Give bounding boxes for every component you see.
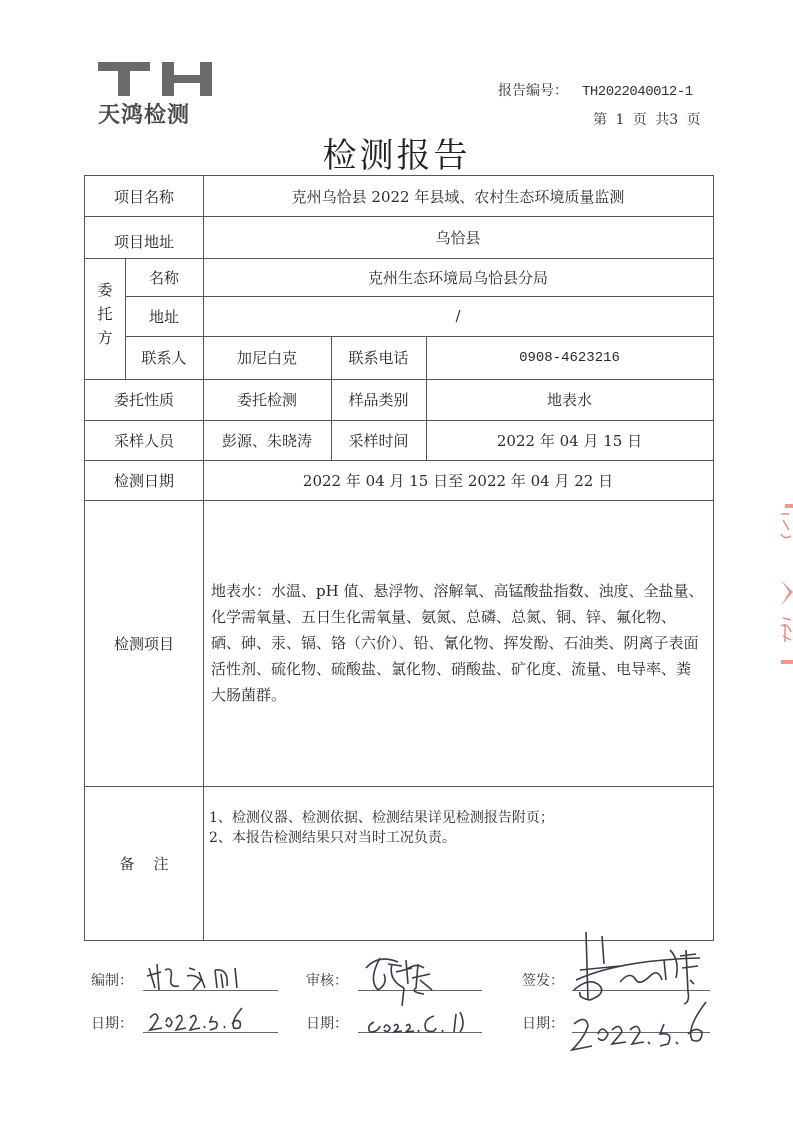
compiler-date-label: 日期： [91, 1013, 133, 1033]
contact-value: 加尼白克 [203, 336, 331, 379]
test-items-label: 检测项目 [85, 500, 203, 786]
report-number-label: 报告编号： [498, 83, 568, 99]
test-date-label: 检测日期 [85, 460, 203, 500]
remark-item: 1、检测仪器、检测依据、检测结果详见检测报告附页； [209, 808, 554, 828]
reviewer-date-label: 日期： [306, 1013, 348, 1033]
compiler-date-icon [146, 1004, 256, 1034]
issuer-signature-icon [540, 920, 720, 1010]
page-info: 第 1 页 共3 页 [593, 109, 701, 129]
client-label-char: 方 [97, 326, 112, 350]
commission-type-value: 委托检测 [203, 379, 331, 420]
compiler-label: 编制： [91, 970, 133, 990]
report-info-table: 项目名称 克州乌恰县 2022 年县域、农村生态环境质量监测 项目地址 乌恰县 … [84, 175, 714, 941]
sample-type-label: 样品类别 [331, 379, 426, 420]
test-items-value: 地表水：水温、pH 值、悬浮物、溶解氧、高锰酸盐指数、浊度、全盐量、化学需氧量、… [203, 500, 713, 786]
th-logo-mark-icon [96, 60, 216, 98]
reviewer-label: 审核： [306, 970, 348, 990]
test-date-value: 2022 年 04 月 15 日至 2022 年 04 月 22 日 [203, 460, 713, 500]
reviewer-signature-icon [358, 944, 468, 1014]
phone-value: 0908-4623216 [426, 336, 713, 379]
issuer-date-label: 日期： [522, 1013, 564, 1033]
commission-type-label: 委托性质 [85, 379, 203, 420]
samplers-label: 采样人员 [85, 420, 203, 460]
report-number: 报告编号：TH2022040012-1 [498, 80, 693, 100]
remarks-label: 备 注 [85, 786, 203, 940]
seal-stamp-icon [767, 500, 793, 670]
client-address-label: 地址 [125, 296, 203, 336]
report-number-value: TH2022040012-1 [582, 84, 693, 100]
remark-item: 2、本报告检测结果只对当时工况负责。 [209, 828, 456, 848]
contact-label: 联系人 [125, 336, 203, 379]
logo-name: 天鸿检测 [98, 98, 190, 129]
samplers-value: 彭源、朱晓涛 [203, 420, 331, 460]
client-label-char: 托 [97, 302, 112, 326]
project-address-value: 乌恰县 [203, 216, 713, 258]
client-name-value: 克州生态环境局乌恰县分局 [203, 258, 713, 296]
issuer-date-icon [568, 998, 713, 1056]
company-logo: 天鸿检测 [96, 60, 216, 122]
phone-label: 联系电话 [331, 336, 426, 379]
client-label: 委 托 方 [85, 258, 125, 379]
compiler-signature-icon [145, 958, 275, 994]
remarks-value: 1、检测仪器、检测依据、检测结果详见检测报告附页； 2、本报告检测结果只对当时工… [203, 786, 713, 940]
reviewer-date-icon [364, 1008, 474, 1036]
client-address-value: / [203, 296, 713, 336]
project-name-value: 克州乌恰县 2022 年县域、农村生态环境质量监测 [203, 176, 713, 216]
page-title: 检测报告 [0, 128, 793, 177]
client-name-label: 名称 [125, 258, 203, 296]
sample-type-value: 地表水 [426, 379, 713, 420]
client-label-char: 委 [97, 278, 112, 302]
sampling-time-value: 2022 年 04 月 15 日 [426, 420, 713, 460]
sampling-time-label: 采样时间 [331, 420, 426, 460]
project-address-label: 项目地址 [85, 216, 203, 258]
project-name-label: 项目名称 [85, 176, 203, 216]
